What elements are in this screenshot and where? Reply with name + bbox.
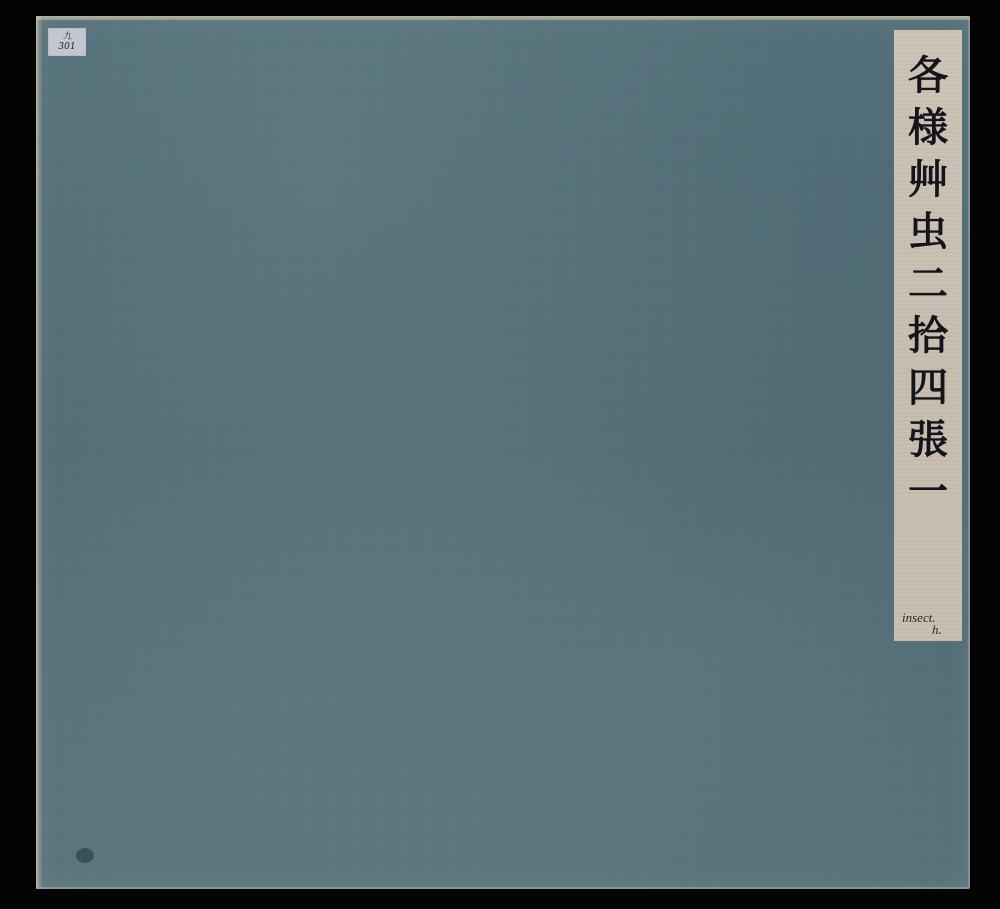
catalog-sticker: 九 301	[48, 28, 86, 56]
note-line-2: h.	[902, 624, 958, 636]
title-char: 様	[908, 102, 948, 154]
title-char: 張	[908, 414, 948, 466]
title-char: 四	[908, 362, 948, 414]
title-char: 一	[908, 466, 948, 518]
title-char: 艸	[908, 154, 948, 206]
handwritten-note: insect. h.	[902, 612, 958, 636]
title-char: 虫	[908, 206, 948, 258]
title-char: 拾	[908, 310, 948, 362]
sticker-line-1: 九	[62, 32, 71, 42]
title-label: 各 様 艸 虫 二 拾 四 張 一 insect. h.	[894, 30, 962, 641]
title-char: 各	[908, 50, 948, 102]
note-line-1: insect.	[902, 612, 958, 624]
sticker-line-2: 301	[58, 42, 75, 52]
title-char: 二	[908, 258, 948, 310]
cover-stain	[76, 848, 94, 863]
title-text: 各 様 艸 虫 二 拾 四 張 一	[894, 50, 962, 518]
album-cover: 九 301 各 様 艸 虫 二 拾 四 張 一 insect. h.	[36, 16, 970, 889]
